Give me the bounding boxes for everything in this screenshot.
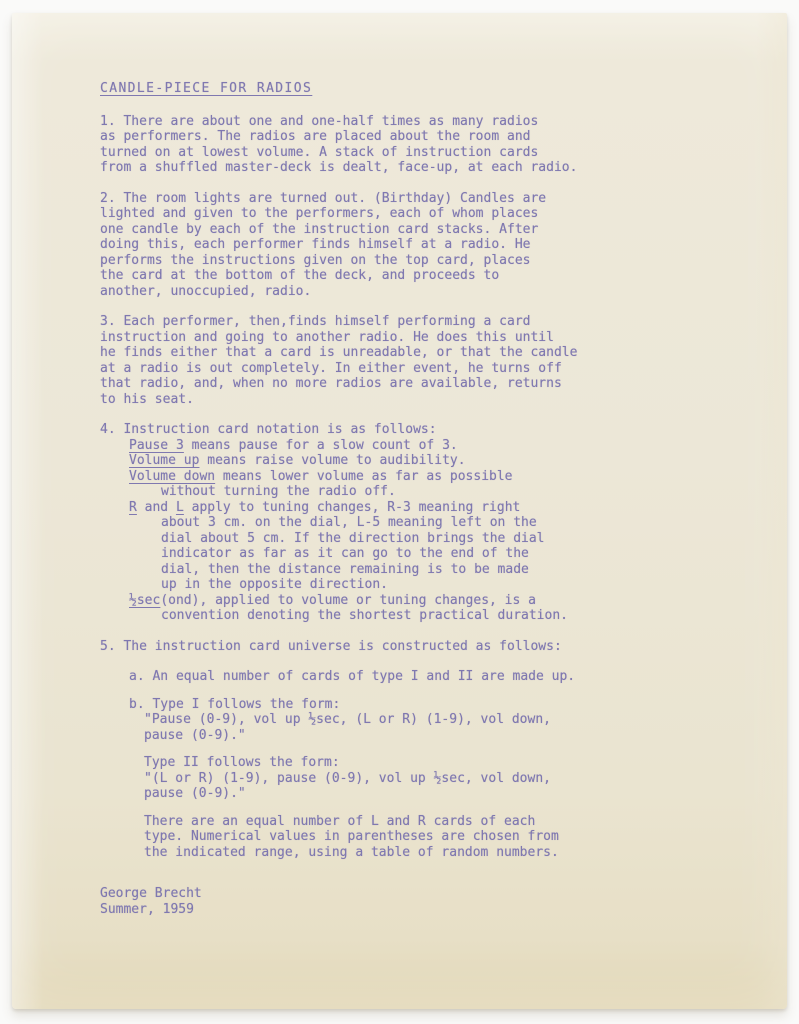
document-body: 1. There are about one and one-half time…	[100, 114, 739, 861]
text-segment: "(L or R) (1-9), pause (0-9), vol up ½se…	[144, 771, 551, 786]
text-line: pause (0-9)."	[100, 728, 739, 744]
text-line: Volume up means raise volume to audibili…	[100, 453, 739, 469]
text-segment: at a radio is out completely. In either …	[100, 361, 562, 376]
text-line: 4. Instruction card notation is as follo…	[100, 422, 739, 438]
text-segment: and	[137, 500, 176, 515]
text-line: the indicated range, using a table of ra…	[100, 845, 739, 861]
underlined-term: Volume up	[129, 453, 199, 468]
text-segment: apply to tuning changes, R-3 meaning rig…	[184, 500, 521, 515]
text-line: turned on at lowest volume. A stack of i…	[100, 145, 739, 161]
text-segment: instruction and going to another radio. …	[100, 330, 554, 345]
text-line: up in the opposite direction.	[100, 577, 739, 593]
text-segment: dial, then the distance remaining is to …	[161, 562, 529, 577]
text-line: to his seat.	[100, 392, 739, 408]
text-line: dial, then the distance remaining is to …	[100, 562, 739, 578]
text-line: the card at the bottom of the deck, and …	[100, 268, 739, 284]
text-line: "(L or R) (1-9), pause (0-9), vol up ½se…	[100, 771, 739, 787]
underlined-term: Pause 3	[129, 438, 184, 453]
text-line: Type II follows the form:	[100, 755, 739, 771]
text-segment: 5. The instruction card universe is cons…	[100, 639, 562, 654]
text-segment: a. An equal number of cards of type I an…	[129, 669, 575, 684]
text-segment: the indicated range, using a table of ra…	[144, 845, 559, 860]
text-line: ½sec(ond), applied to volume or tuning c…	[100, 593, 739, 609]
text-line: instruction and going to another radio. …	[100, 330, 739, 346]
underlined-term: L	[176, 500, 184, 515]
text-segment: 3. Each performer, then,finds himself pe…	[100, 314, 530, 329]
text-segment: 1. There are about one and one-half time…	[100, 114, 538, 129]
text-line: b. Type I follows the form:	[100, 697, 739, 713]
text-line: about 3 cm. on the dial, L-5 meaning lef…	[100, 515, 739, 531]
text-line: 2. The room lights are turned out. (Birt…	[100, 191, 739, 207]
text-segment: means pause for a slow count of 3.	[184, 438, 458, 453]
text-line: without turning the radio off.	[100, 484, 739, 500]
text-segment: Type II follows the form:	[144, 755, 340, 770]
text-segment: performs the instructions given on the t…	[100, 253, 530, 268]
photo-backdrop: { "colors": { "ink": "#7f78b0", "paper":…	[0, 0, 799, 1024]
date-line: Summer, 1959	[100, 902, 739, 918]
paragraph: a. An equal number of cards of type I an…	[100, 669, 739, 685]
text-line: a. An equal number of cards of type I an…	[100, 669, 739, 685]
paragraph: 4. Instruction card notation is as follo…	[100, 422, 739, 624]
paragraph: b. Type I follows the form:"Pause (0-9),…	[100, 697, 739, 744]
text-segment: that radio, and, when no more radios are…	[100, 376, 562, 391]
signature-block: George Brecht Summer, 1959	[100, 886, 739, 917]
text-line: as performers. The radios are placed abo…	[100, 129, 739, 145]
underlined-term: Volume down	[129, 469, 215, 484]
text-segment: to his seat.	[100, 392, 194, 407]
paragraph: 5. The instruction card universe is cons…	[100, 639, 739, 655]
text-segment: one candle by each of the instruction ca…	[100, 222, 538, 237]
text-segment: the card at the bottom of the deck, and …	[100, 268, 499, 283]
text-segment: type. Numerical values in parentheses ar…	[144, 829, 559, 844]
text-line: that radio, and, when no more radios are…	[100, 376, 739, 392]
text-line: indicator as far as it can go to the end…	[100, 546, 739, 562]
text-line: "Pause (0-9), vol up ½sec, (L or R) (1-9…	[100, 712, 739, 728]
text-line: 5. The instruction card universe is cons…	[100, 639, 739, 655]
text-segment: up in the opposite direction.	[161, 577, 388, 592]
text-line: type. Numerical values in parentheses ar…	[100, 829, 739, 845]
text-segment: means lower volume as far as possible	[215, 469, 512, 484]
document-title: CANDLE-PIECE FOR RADIOS	[100, 81, 739, 97]
text-segment: from a shuffled master-deck is dealt, fa…	[100, 160, 577, 175]
underlined-term: R	[129, 500, 137, 515]
text-segment: lighted and given to the performers, eac…	[100, 206, 538, 221]
text-segment: b. Type I follows the form:	[129, 697, 340, 712]
paragraph: Type II follows the form:"(L or R) (1-9)…	[100, 755, 739, 802]
text-line: convention denoting the shortest practic…	[100, 608, 739, 624]
document-page: CANDLE-PIECE FOR RADIOS 1. There are abo…	[12, 13, 787, 1009]
text-line: another, unoccupied, radio.	[100, 284, 739, 300]
text-segment: convention denoting the shortest practic…	[161, 608, 568, 623]
underlined-term: CANDLE-PIECE FOR RADIOS	[100, 81, 312, 96]
paragraph: 2. The room lights are turned out. (Birt…	[100, 191, 739, 300]
author-name: George Brecht	[100, 886, 739, 902]
text-line: lighted and given to the performers, eac…	[100, 206, 739, 222]
text-line: Pause 3 means pause for a slow count of …	[100, 438, 739, 454]
text-line: he finds either that a card is unreadabl…	[100, 345, 739, 361]
text-segment: as performers. The radios are placed abo…	[100, 129, 530, 144]
paragraph: 1. There are about one and one-half time…	[100, 114, 739, 176]
text-line: doing this, each performer finds himself…	[100, 237, 739, 253]
text-segment: another, unoccupied, radio.	[100, 284, 311, 299]
text-segment: turned on at lowest volume. A stack of i…	[100, 145, 538, 160]
text-line: Volume down means lower volume as far as…	[100, 469, 739, 485]
underlined-term: ½sec	[129, 593, 160, 608]
text-segment: doing this, each performer finds himself…	[100, 237, 530, 252]
text-segment: means raise volume to audibility.	[199, 453, 465, 468]
text-segment: (ond), applied to volume or tuning chang…	[160, 593, 536, 608]
text-line: There are an equal number of L and R car…	[100, 814, 739, 830]
text-segment: pause (0-9)."	[144, 786, 246, 801]
text-line: at a radio is out completely. In either …	[100, 361, 739, 377]
text-line: performs the instructions given on the t…	[100, 253, 739, 269]
text-line: R and L apply to tuning changes, R-3 mea…	[100, 500, 739, 516]
text-segment: without turning the radio off.	[161, 484, 396, 499]
text-segment: dial about 5 cm. If the direction brings…	[161, 531, 545, 546]
text-segment: 2. The room lights are turned out. (Birt…	[100, 191, 546, 206]
paragraph: 3. Each performer, then,finds himself pe…	[100, 314, 739, 407]
text-segment: 4. Instruction card notation is as follo…	[100, 422, 437, 437]
text-line: one candle by each of the instruction ca…	[100, 222, 739, 238]
text-line: dial about 5 cm. If the direction brings…	[100, 531, 739, 547]
text-line: pause (0-9)."	[100, 786, 739, 802]
text-segment: indicator as far as it can go to the end…	[161, 546, 529, 561]
text-segment: he finds either that a card is unreadabl…	[100, 345, 577, 360]
text-segment: There are an equal number of L and R car…	[144, 814, 535, 829]
text-line: from a shuffled master-deck is dealt, fa…	[100, 160, 739, 176]
text-segment: about 3 cm. on the dial, L-5 meaning lef…	[161, 515, 537, 530]
text-line: 3. Each performer, then,finds himself pe…	[100, 314, 739, 330]
text-line: 1. There are about one and one-half time…	[100, 114, 739, 130]
document-content: CANDLE-PIECE FOR RADIOS 1. There are abo…	[100, 81, 739, 917]
text-segment: "Pause (0-9), vol up ½sec, (L or R) (1-9…	[144, 712, 551, 727]
text-segment: pause (0-9)."	[144, 728, 246, 743]
paragraph: There are an equal number of L and R car…	[100, 814, 739, 861]
